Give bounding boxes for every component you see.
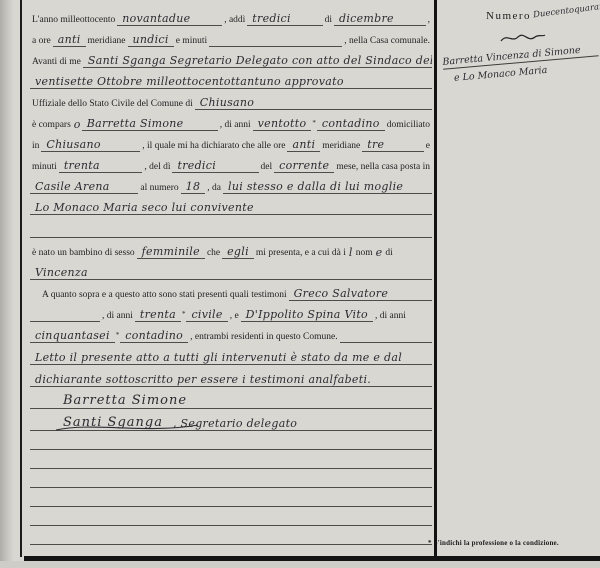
- printed-text: che: [205, 248, 222, 259]
- printed-text: mese, nella casa posta in: [334, 162, 432, 173]
- form-line: cinquantasei * contadino , entrambi resi…: [30, 322, 432, 343]
- blank-underline: [349, 88, 432, 89]
- handwritten-text: Chiusano: [41, 138, 105, 152]
- printed-text: , da: [205, 183, 223, 194]
- handwritten-text: ventotto: [253, 117, 312, 131]
- printed-text: del: [259, 162, 275, 173]
- handwritten-text: Barretta Simone: [82, 117, 189, 131]
- blank-ruled-line: [30, 526, 432, 545]
- footnote-asterisk: *: [181, 310, 187, 318]
- handwritten-text: anti: [287, 138, 320, 152]
- numero-value: Duecentoquaranta: [533, 2, 600, 21]
- form-line: Lo Monaco Maria seco lui convivente: [30, 194, 432, 215]
- numero-label: Numero: [486, 10, 531, 22]
- handwritten-text: Lo Monaco Maria seco lui convivente: [30, 201, 259, 215]
- form-line: Avanti di me Santi Sganga Segretario Del…: [30, 47, 432, 68]
- flourish-icon: [499, 30, 547, 46]
- civil-registry-document: L'anno milleottocento novantadue , addì …: [0, 0, 600, 568]
- printed-text: al numero: [138, 183, 180, 194]
- blank-underline: [115, 193, 139, 194]
- blank-underline: [93, 279, 432, 280]
- blank-underline: [259, 109, 432, 110]
- form-line: ventisette Ottobre milleottocentottantun…: [30, 68, 432, 89]
- handwritten-text: egli: [222, 245, 254, 259]
- form-line: a ore anti meridiane undici e minuti , n…: [30, 26, 432, 47]
- handwritten-text: Letto il presente atto a tutti gli inter…: [30, 351, 407, 364]
- form-line: Casile Arena al numero 18 , da lui stess…: [30, 173, 432, 194]
- printed-text: , di anni: [100, 311, 135, 322]
- handwritten-text: novantadue: [117, 12, 195, 26]
- printed-text: , di anni: [218, 120, 253, 131]
- printed-text: minuti: [30, 162, 59, 173]
- printed-text: A quanto sopra e a questo atto sono stat…: [30, 290, 289, 301]
- handwritten-text: dicembre: [334, 12, 399, 26]
- printed-text: domiciliato: [385, 120, 432, 131]
- printed-text: meridiane: [320, 141, 362, 152]
- form-line: Uffiziale dello Stato Civile del Comune …: [30, 89, 432, 110]
- margin-column: Numero Duecentoquaranta Barretta Vincenz…: [441, 0, 600, 556]
- handwritten-text: D'Ippolito Spina Vito: [241, 308, 373, 322]
- blank-underline: [399, 25, 426, 26]
- signature-flourish-icon: [52, 420, 202, 434]
- form-line: Vincenza: [30, 259, 432, 280]
- blank-ruled-line: [30, 488, 432, 507]
- left-page-edge: [0, 0, 14, 568]
- printed-text: ,: [426, 15, 432, 26]
- printed-text: , addì: [222, 15, 247, 26]
- printed-text: Avanti di me: [30, 57, 83, 68]
- handwritten-text: trenta: [59, 159, 105, 173]
- footnote-asterisk: *: [311, 119, 317, 127]
- printed-text: , del dì: [142, 162, 172, 173]
- handwritten-text: tre: [362, 138, 389, 152]
- handwritten-text: trenta: [135, 308, 181, 322]
- handwritten-text: Chiusano: [195, 96, 259, 110]
- form-line: in Chiusano , il quale mi ha dichiarato …: [30, 131, 432, 152]
- printed-text: è compars: [30, 120, 73, 131]
- blank-underline: [389, 151, 423, 152]
- handwritten-text: corrente: [274, 159, 334, 173]
- column-divider-rule: [434, 0, 437, 557]
- printed-text: L'anno milleottocento: [30, 15, 117, 26]
- blank-ruled-line: [30, 469, 432, 488]
- handwritten-text: ventisette Ottobre milleottocentottantun…: [30, 75, 349, 89]
- handwritten-text: contadino: [120, 329, 188, 343]
- handwritten-text: Casile Arena: [30, 180, 115, 194]
- blank-underline: [221, 172, 258, 173]
- blank-underline: [259, 214, 432, 215]
- handwritten-text: tredici: [172, 159, 221, 173]
- blank-underline: [106, 151, 140, 152]
- handwritten-text: tredici: [247, 12, 296, 26]
- printed-text: e minuti: [174, 36, 209, 47]
- handwritten-text: e: [375, 246, 384, 259]
- margin-annotation: Barretta Vincenza di Simone e Lo Monaco …: [442, 43, 600, 84]
- handwritten-text: lui stesso e dalla di lui moglie: [223, 180, 408, 194]
- blank-underline: [408, 193, 432, 194]
- handwritten-text: cinquantasei: [30, 329, 115, 343]
- blank-ruled-line: [30, 215, 432, 238]
- printed-text: , e: [228, 311, 241, 322]
- blank-underline: [195, 25, 222, 26]
- form-line: A quanto sopra e a questo atto sono stat…: [30, 280, 432, 301]
- printed-text: , di anni: [373, 311, 408, 322]
- printed-text: di: [383, 248, 394, 259]
- handwritten-text: o: [73, 118, 82, 131]
- blank-ruled-line: [30, 450, 432, 469]
- handwritten-signature: Barretta Simone: [58, 393, 192, 408]
- blank-underline: [393, 300, 432, 301]
- printed-text: nom: [354, 248, 375, 259]
- printed-text: Uffiziale dello Stato Civile del Comune …: [30, 99, 195, 110]
- handwritten-text: undici: [128, 33, 174, 47]
- printed-text: in: [30, 141, 41, 152]
- handwritten-text: Greco Salvatore: [289, 287, 394, 301]
- printed-text: e: [424, 141, 432, 152]
- handwritten-text: anti: [53, 33, 86, 47]
- printed-text: di: [323, 15, 334, 26]
- printed-text: , nella Casa comunale.: [342, 36, 432, 47]
- footnote-asterisk: *: [115, 331, 121, 339]
- handwritten-text: dichiarante sottoscritto per essere i te…: [30, 373, 376, 386]
- form-line: , di anni trenta * civile , e D'Ippolito…: [30, 301, 432, 322]
- footnote: * S'indichi la professione o la condizio…: [428, 539, 596, 547]
- printed-text: meridiane: [86, 36, 128, 47]
- closing-line: Letto il presente atto a tutti gli inter…: [30, 343, 432, 365]
- form-line: è nato un bambino di sesso femminile che…: [30, 238, 432, 259]
- form-line: L'anno milleottocento novantadue , addì …: [30, 5, 432, 26]
- printed-text: , il quale mi ha dichiarato che alle ore: [140, 141, 287, 152]
- closing-line: dichiarante sottoscritto per essere i te…: [30, 365, 432, 387]
- page-bottom-edge: [0, 561, 600, 568]
- handwritten-text: civile: [186, 308, 227, 322]
- signature-declarant: Barretta Simone: [30, 387, 432, 409]
- printed-text: è nato un bambino di sesso: [30, 248, 137, 259]
- printed-text: mi presenta, e a cui dà i: [254, 248, 348, 259]
- blank-underline: [340, 342, 432, 343]
- form-line: minuti trenta , del dì tredici del corre…: [30, 152, 432, 173]
- handwritten-text: Vincenza: [30, 266, 93, 280]
- form-line: è compars o Barretta Simone , di anni ve…: [30, 110, 432, 131]
- blank-underline: [188, 130, 217, 131]
- handwritten-text: contadino: [317, 117, 385, 131]
- blank-ruled-line: [30, 507, 432, 526]
- handwritten-text: 18: [181, 180, 206, 194]
- main-form: L'anno milleottocento novantadue , addì …: [30, 5, 432, 564]
- handwritten-text: femminile: [137, 245, 205, 259]
- blank-underline: [296, 25, 323, 26]
- blank-underline: [209, 46, 342, 47]
- handwritten-text: Santi Sganga Segretario Delegato con att…: [83, 54, 432, 68]
- printed-text: a ore: [30, 36, 53, 47]
- blank-underline: [30, 321, 100, 322]
- left-border-rule: [20, 0, 22, 557]
- blank-underline: [105, 172, 142, 173]
- printed-text: , entrambi residenti in questo Comune.: [188, 332, 340, 343]
